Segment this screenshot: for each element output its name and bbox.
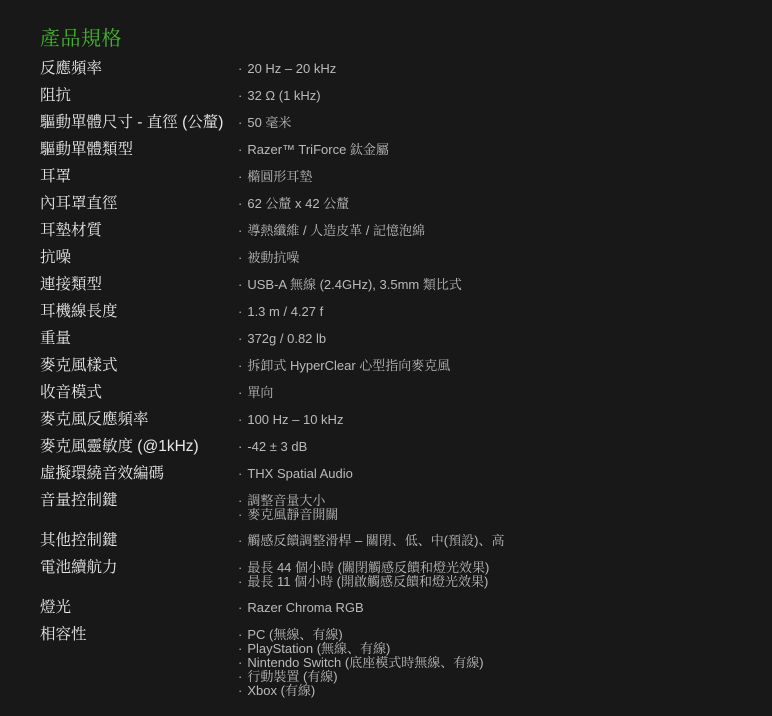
spec-value-text: Nintendo Switch (底座模式時無線、有線): [247, 655, 483, 670]
spec-value-line: ·Xbox (有線): [238, 684, 484, 698]
bullet-glyph: ·: [238, 440, 242, 454]
bullet-glyph: ·: [238, 278, 242, 292]
spec-value-line: ·最長 11 個小時 (開啟觸感反饋和燈光效果): [238, 575, 489, 589]
spec-values: ·最長 44 個小時 (關閉觸感反饋和燈光效果)·最長 11 個小時 (開啟觸感…: [238, 560, 489, 589]
spec-value-line: ·20 Hz – 20 kHz: [238, 62, 336, 76]
spec-value-text: 32 Ω (1 kHz): [247, 88, 320, 103]
spec-value-text: THX Spatial Audio: [247, 466, 353, 481]
spec-values: ·觸感反饋調整滑桿 – 關閉、低、中(預設)、高: [238, 533, 504, 548]
spec-label: 驅動單體尺寸 - 直徑 (公釐): [40, 115, 238, 131]
spec-values: ·32 Ω (1 kHz): [238, 88, 321, 103]
bullet-glyph: ·: [238, 143, 242, 157]
bullet-glyph: ·: [238, 116, 242, 130]
spec-value-text: 調整音量大小: [247, 493, 325, 508]
bullet-glyph: ·: [238, 656, 242, 670]
spec-values: ·-42 ± 3 dB: [238, 439, 307, 454]
spec-row: 內耳罩直徑·62 公釐 x 42 公釐: [40, 196, 752, 212]
bullet-glyph: ·: [238, 467, 242, 481]
spec-label: 麥克風反應頻率: [40, 412, 238, 428]
bullet-glyph: ·: [238, 359, 242, 373]
bullet-glyph: ·: [238, 170, 242, 184]
spec-values: ·Razer Chroma RGB: [238, 600, 364, 615]
spec-value-line: ·調整音量大小: [238, 494, 338, 508]
spec-row: 驅動單體尺寸 - 直徑 (公釐)·50 毫米: [40, 115, 752, 131]
spec-label: 重量: [40, 331, 238, 347]
spec-value-line: ·USB-A 無線 (2.4GHz), 3.5mm 類比式: [238, 278, 462, 292]
bullet-glyph: ·: [238, 642, 242, 656]
spec-table: 反應頻率·20 Hz – 20 kHz阻抗·32 Ω (1 kHz)驅動單體尺寸…: [40, 61, 752, 698]
page-title: 產品規格: [40, 28, 752, 51]
spec-values: ·20 Hz – 20 kHz: [238, 61, 336, 76]
spec-label: 虛擬環繞音效編碼: [40, 466, 238, 482]
bullet-glyph: ·: [238, 224, 242, 238]
spec-row: 反應頻率·20 Hz – 20 kHz: [40, 61, 752, 77]
spec-row: 麥克風反應頻率·100 Hz – 10 kHz: [40, 412, 752, 428]
spec-value-text: 被動抗噪: [247, 250, 299, 265]
spec-values: ·Razer™ TriForce 鈦金屬: [238, 142, 389, 157]
spec-value-text: 導熱纖維 / 人造皮革 / 記憶泡綿: [247, 223, 425, 238]
spec-value-text: 372g / 0.82 lb: [247, 331, 326, 346]
spec-value-text: Razer Chroma RGB: [247, 600, 363, 615]
spec-value-line: ·THX Spatial Audio: [238, 467, 353, 481]
spec-value-text: 拆卸式 HyperClear 心型指向麥克風: [247, 358, 450, 373]
spec-label: 阻抗: [40, 88, 238, 104]
spec-value-line: ·行動裝置 (有線): [238, 670, 484, 684]
spec-label: 驅動單體類型: [40, 142, 238, 158]
spec-row: 其他控制鍵·觸感反饋調整滑桿 – 關閉、低、中(預設)、高: [40, 533, 752, 549]
bullet-glyph: ·: [238, 684, 242, 698]
bullet-glyph: ·: [238, 601, 242, 615]
bullet-glyph: ·: [238, 561, 242, 575]
spec-value-text: -42 ± 3 dB: [247, 439, 307, 454]
bullet-glyph: ·: [238, 670, 242, 684]
spec-values: ·PC (無線、有線)·PlayStation (無線、有線)·Nintendo…: [238, 627, 484, 698]
spec-row: 耳機線長度·1.3 m / 4.27 f: [40, 304, 752, 320]
spec-value-line: ·單向: [238, 386, 273, 400]
bullet-glyph: ·: [238, 62, 242, 76]
spec-value-text: 1.3 m / 4.27 f: [247, 304, 323, 319]
spec-row: 燈光·Razer Chroma RGB: [40, 600, 752, 616]
spec-row: 耳墊材質·導熱纖維 / 人造皮革 / 記憶泡綿: [40, 223, 752, 239]
spec-value-text: Razer™ TriForce 鈦金屬: [247, 142, 389, 157]
bullet-glyph: ·: [238, 575, 242, 589]
spec-value-line: ·導熱纖維 / 人造皮革 / 記憶泡綿: [238, 224, 425, 238]
spec-value-line: ·Nintendo Switch (底座模式時無線、有線): [238, 656, 484, 670]
spec-value-line: ·最長 44 個小時 (關閉觸感反饋和燈光效果): [238, 561, 489, 575]
spec-row: 虛擬環繞音效編碼·THX Spatial Audio: [40, 466, 752, 482]
spec-value-line: ·麥克風靜音開關: [238, 508, 338, 522]
spec-value-line: ·被動抗噪: [238, 251, 299, 265]
spec-value-text: 單向: [247, 385, 273, 400]
spec-value-text: 觸感反饋調整滑桿 – 關閉、低、中(預設)、高: [247, 533, 504, 548]
bullet-glyph: ·: [238, 251, 242, 265]
spec-row: 抗噪·被動抗噪: [40, 250, 752, 266]
bullet-glyph: ·: [238, 305, 242, 319]
bullet-glyph: ·: [238, 386, 242, 400]
spec-value-line: ·Razer™ TriForce 鈦金屬: [238, 143, 389, 157]
spec-row: 相容性·PC (無線、有線)·PlayStation (無線、有線)·Ninte…: [40, 627, 752, 698]
spec-values: ·THX Spatial Audio: [238, 466, 353, 481]
spec-row: 連接類型·USB-A 無線 (2.4GHz), 3.5mm 類比式: [40, 277, 752, 293]
spec-value-text: 麥克風靜音開關: [247, 507, 338, 522]
spec-label: 耳墊材質: [40, 223, 238, 239]
spec-values: ·拆卸式 HyperClear 心型指向麥克風: [238, 358, 450, 373]
spec-values: ·1.3 m / 4.27 f: [238, 304, 323, 319]
spec-row: 重量·372g / 0.82 lb: [40, 331, 752, 347]
spec-label: 耳罩: [40, 169, 238, 185]
spec-value-text: PlayStation (無線、有線): [247, 641, 390, 656]
spec-label: 電池續航力: [40, 560, 238, 576]
spec-label: 抗噪: [40, 250, 238, 266]
spec-label: 燈光: [40, 600, 238, 616]
spec-row: 電池續航力·最長 44 個小時 (關閉觸感反饋和燈光效果)·最長 11 個小時 …: [40, 560, 752, 589]
spec-label: 音量控制鍵: [40, 493, 238, 509]
spec-value-text: 20 Hz – 20 kHz: [247, 61, 336, 76]
spec-value-line: ·拆卸式 HyperClear 心型指向麥克風: [238, 359, 450, 373]
spec-values: ·調整音量大小·麥克風靜音開關: [238, 493, 338, 522]
spec-value-line: ·50 毫米: [238, 116, 291, 130]
bullet-glyph: ·: [238, 508, 242, 522]
spec-value-text: 行動裝置 (有線): [247, 669, 337, 684]
spec-label: 其他控制鍵: [40, 533, 238, 549]
spec-value-text: 最長 11 個小時 (開啟觸感反饋和燈光效果): [247, 574, 488, 589]
spec-value-text: 50 毫米: [247, 115, 291, 130]
spec-values: ·USB-A 無線 (2.4GHz), 3.5mm 類比式: [238, 277, 462, 292]
spec-value-line: ·PC (無線、有線): [238, 628, 484, 642]
spec-value-line: ·1.3 m / 4.27 f: [238, 305, 323, 319]
spec-label: 反應頻率: [40, 61, 238, 77]
spec-values: ·100 Hz – 10 kHz: [238, 412, 343, 427]
spec-value-text: PC (無線、有線): [247, 627, 342, 642]
bullet-glyph: ·: [238, 534, 242, 548]
spec-value-text: 100 Hz – 10 kHz: [247, 412, 343, 427]
bullet-glyph: ·: [238, 197, 242, 211]
spec-values: ·被動抗噪: [238, 250, 299, 265]
spec-value-line: ·橢圓形耳墊: [238, 170, 312, 184]
spec-values: ·50 毫米: [238, 115, 291, 130]
bullet-glyph: ·: [238, 413, 242, 427]
spec-label: 相容性: [40, 627, 238, 643]
spec-label: 麥克風靈敏度 (@1kHz): [40, 439, 238, 455]
spec-value-line: ·100 Hz – 10 kHz: [238, 413, 343, 427]
spec-label: 內耳罩直徑: [40, 196, 238, 212]
spec-value-line: ·-42 ± 3 dB: [238, 440, 307, 454]
spec-row: 收音模式·單向: [40, 385, 752, 401]
bullet-glyph: ·: [238, 89, 242, 103]
spec-value-text: 62 公釐 x 42 公釐: [247, 196, 349, 211]
spec-row: 阻抗·32 Ω (1 kHz): [40, 88, 752, 104]
spec-value-text: USB-A 無線 (2.4GHz), 3.5mm 類比式: [247, 277, 462, 292]
spec-row: 麥克風靈敏度 (@1kHz)·-42 ± 3 dB: [40, 439, 752, 455]
product-spec-section: 產品規格 反應頻率·20 Hz – 20 kHz阻抗·32 Ω (1 kHz)驅…: [0, 0, 772, 698]
spec-values: ·橢圓形耳墊: [238, 169, 312, 184]
spec-value-text: Xbox (有線): [247, 683, 315, 698]
bullet-glyph: ·: [238, 332, 242, 346]
spec-value-line: ·372g / 0.82 lb: [238, 332, 326, 346]
spec-values: ·導熱纖維 / 人造皮革 / 記憶泡綿: [238, 223, 425, 238]
spec-value-text: 橢圓形耳墊: [247, 169, 312, 184]
spec-value-line: ·32 Ω (1 kHz): [238, 89, 321, 103]
spec-row: 耳罩·橢圓形耳墊: [40, 169, 752, 185]
spec-row: 驅動單體類型·Razer™ TriForce 鈦金屬: [40, 142, 752, 158]
bullet-glyph: ·: [238, 494, 242, 508]
spec-value-line: ·Razer Chroma RGB: [238, 601, 364, 615]
spec-row: 麥克風樣式·拆卸式 HyperClear 心型指向麥克風: [40, 358, 752, 374]
spec-value-text: 最長 44 個小時 (關閉觸感反饋和燈光效果): [247, 560, 489, 575]
spec-label: 連接類型: [40, 277, 238, 293]
spec-label: 麥克風樣式: [40, 358, 238, 374]
spec-row: 音量控制鍵·調整音量大小·麥克風靜音開關: [40, 493, 752, 522]
spec-values: ·單向: [238, 385, 273, 400]
spec-values: ·372g / 0.82 lb: [238, 331, 326, 346]
spec-label: 收音模式: [40, 385, 238, 401]
spec-value-line: ·62 公釐 x 42 公釐: [238, 197, 349, 211]
spec-value-line: ·觸感反饋調整滑桿 – 關閉、低、中(預設)、高: [238, 534, 504, 548]
spec-label: 耳機線長度: [40, 304, 238, 320]
bullet-glyph: ·: [238, 628, 242, 642]
spec-values: ·62 公釐 x 42 公釐: [238, 196, 349, 211]
spec-value-line: ·PlayStation (無線、有線): [238, 642, 484, 656]
